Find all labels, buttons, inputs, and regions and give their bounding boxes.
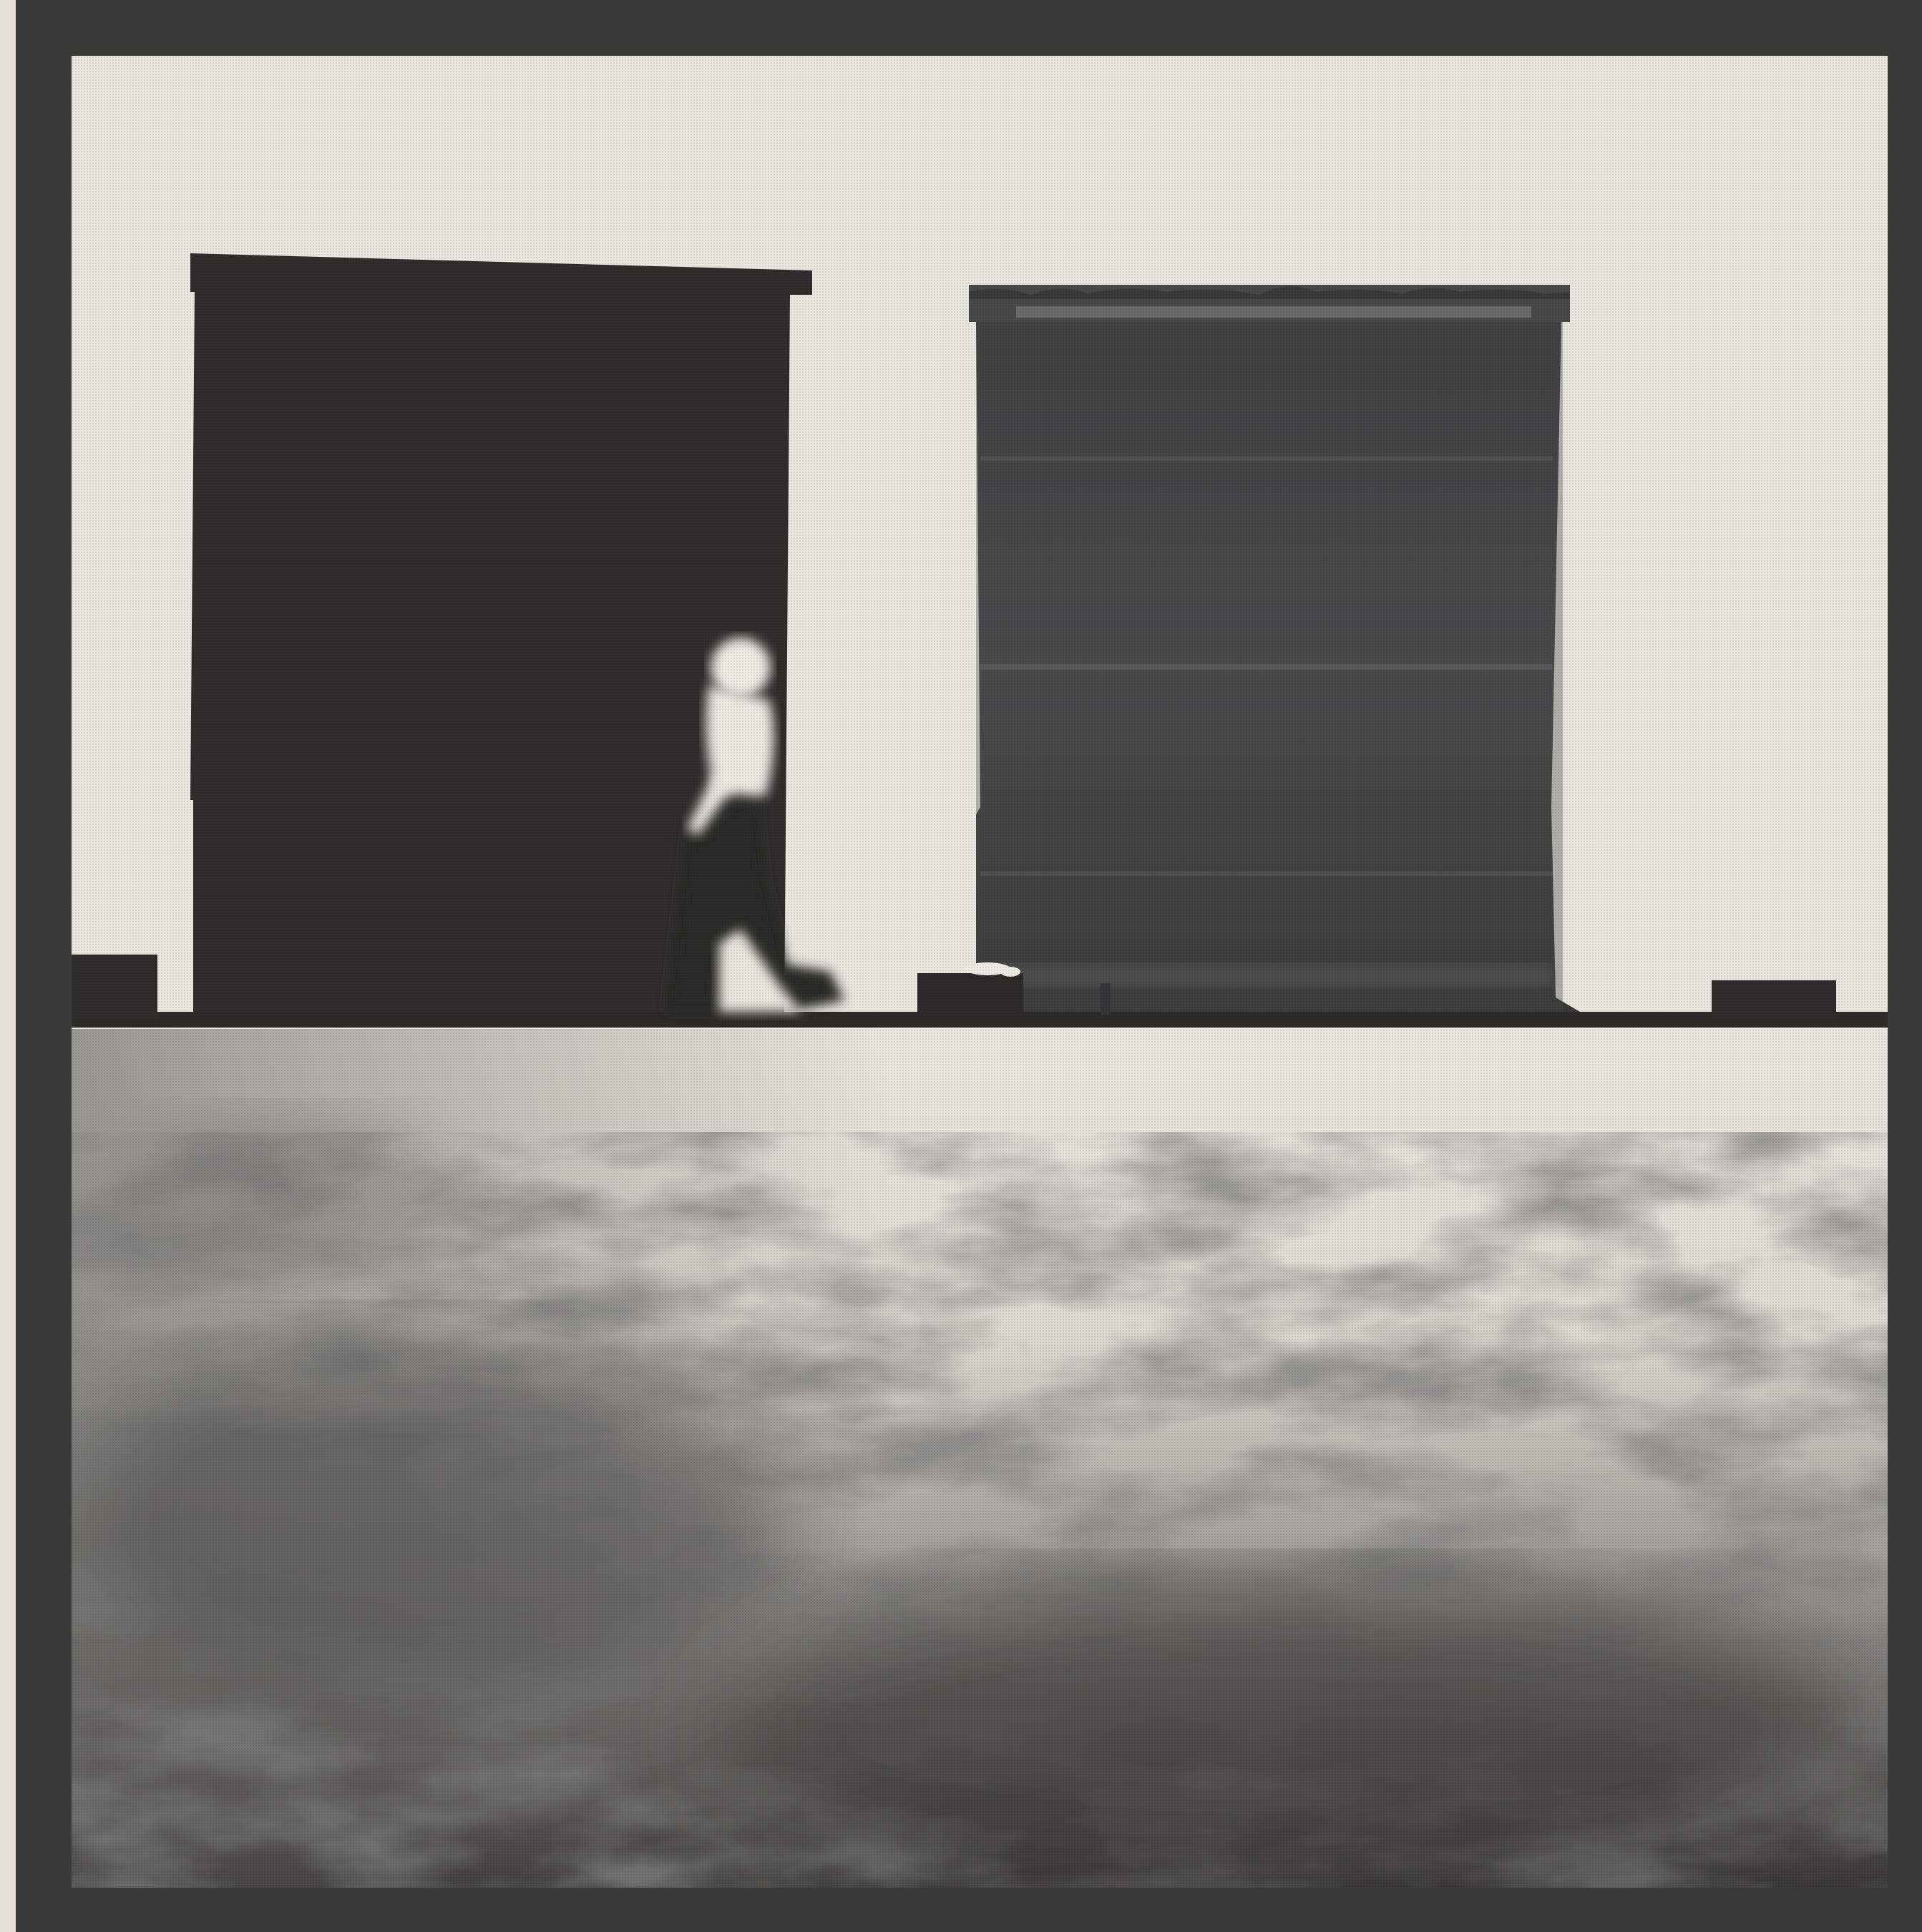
photograph bbox=[72, 56, 1888, 1888]
paper-edge bbox=[0, 0, 16, 1932]
photo-print bbox=[0, 0, 1922, 1932]
small-post bbox=[1101, 983, 1111, 1015]
floor bbox=[72, 1029, 1888, 1888]
right-slab bbox=[969, 285, 1580, 1012]
small-box-right bbox=[1712, 980, 1836, 1020]
